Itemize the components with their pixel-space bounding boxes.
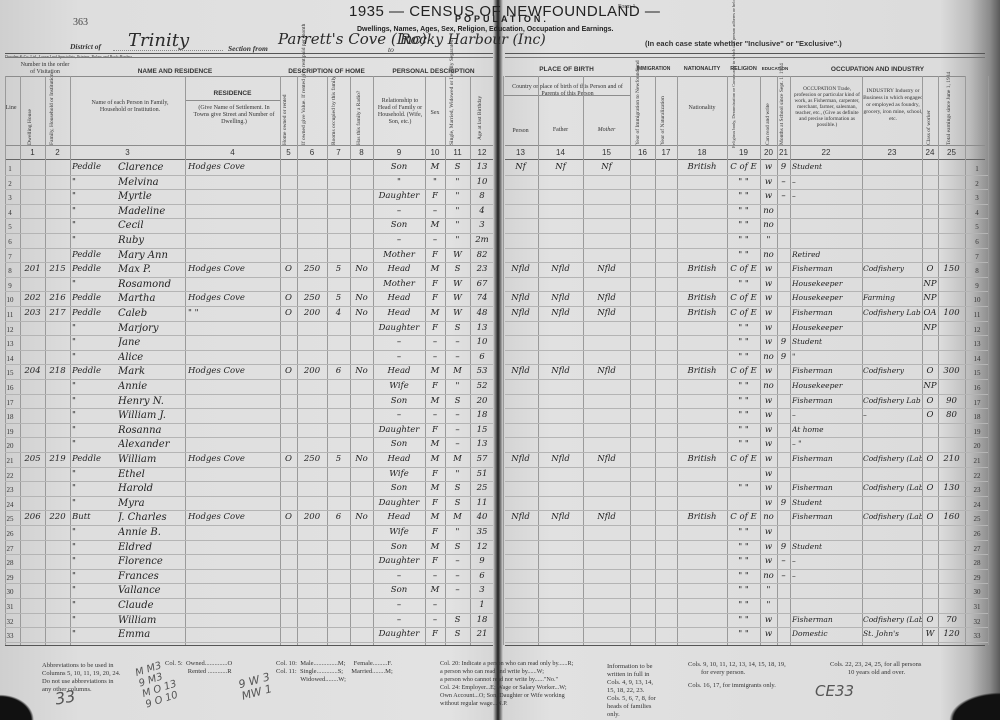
relationship-cell: – <box>373 571 425 581</box>
surname-cell: " <box>72 585 115 595</box>
birthplace-mother-cell: Nf <box>583 162 630 172</box>
given-name-cell: Rosamond <box>118 279 185 290</box>
group-home: DESCRIPTION OF HOME <box>280 68 373 75</box>
scan-shadow <box>0 690 40 720</box>
age-cell: 20 <box>470 396 494 406</box>
given-name-cell: Alice <box>118 352 185 363</box>
col-header-12: Age at last Birthday <box>477 90 483 140</box>
given-name-cell: Henry N. <box>118 396 185 407</box>
column-number: 21 <box>777 148 790 157</box>
col-header-1: Dwelling House <box>27 90 33 145</box>
relationship-cell: Head <box>373 293 425 303</box>
footer-col20-24: Col. 20: Indicate a person who can read … <box>440 660 573 708</box>
line-number: 32 <box>966 618 988 626</box>
occupation-cell: Fisherman <box>792 483 862 492</box>
section-to-value: Rocky Harbour (Inc) <box>400 32 546 48</box>
line-number: 7 <box>966 253 988 261</box>
class-of-worker-cell: NP <box>922 279 938 289</box>
col-header-25: Total earnings since June 1, 1934 <box>946 85 952 145</box>
line-number: 11 <box>2 311 18 319</box>
age-cell: 23 <box>470 264 494 274</box>
occupation-cell: Student <box>792 498 862 507</box>
birthplace-father-cell: Nfld <box>538 454 583 464</box>
line-number: 14 <box>966 355 988 363</box>
occupation-cell: Housekeeper <box>792 279 862 288</box>
column-number: 19 <box>727 148 760 157</box>
home-value-cell: 250 <box>297 454 327 464</box>
age-cell: 13 <box>470 162 494 172</box>
grid-row-line <box>505 496 988 497</box>
earnings-cell: 300 <box>938 366 965 376</box>
marital-status-cell: " <box>445 206 470 216</box>
surname-cell: " <box>72 177 115 187</box>
column-number: 25 <box>938 148 965 157</box>
sex-cell: F <box>425 191 445 201</box>
sex-cell: F <box>425 556 445 566</box>
marital-status-cell: " <box>445 235 470 245</box>
grid-row-line <box>5 583 493 584</box>
line-number: 15 <box>966 369 988 377</box>
birthplace-father-cell: Nfld <box>538 308 583 318</box>
column-number: 12 <box>470 148 494 157</box>
home-owned-cell: O <box>280 264 297 274</box>
grid-row-line <box>5 291 493 292</box>
birthplace-father-cell: Nfld <box>538 264 583 274</box>
surname-cell: " <box>72 600 115 610</box>
sex-cell: F <box>425 381 445 391</box>
relationship-cell: Wife <box>373 469 425 479</box>
given-name-cell: Cecil <box>118 220 185 231</box>
surname-cell: " <box>72 498 115 508</box>
birthplace-person-cell: Nfld <box>503 308 538 318</box>
birthplace-mother-cell: Nfld <box>583 264 630 274</box>
given-name-cell: William <box>118 454 185 465</box>
read-write-cell: w <box>760 366 777 376</box>
surname-cell: " <box>72 571 115 581</box>
age-cell: 3 <box>470 585 494 595</box>
line-number: 21 <box>2 457 18 465</box>
line-number: 2 <box>2 180 18 188</box>
sex-cell: – <box>425 206 445 216</box>
grid-column-line <box>327 76 328 645</box>
birthplace-person-cell: Nfld <box>503 512 538 522</box>
birthplace-mother-cell: Nfld <box>583 512 630 522</box>
relationship-cell: – <box>373 337 425 347</box>
sex-cell: M <box>425 264 445 274</box>
group-visitation: Number in the order of Visitation <box>20 62 70 76</box>
religion-cell: " " <box>727 585 760 595</box>
line-number: 26 <box>966 530 988 538</box>
column-number: 18 <box>677 148 727 157</box>
line-number: 13 <box>966 340 988 348</box>
relationship-cell: Daughter <box>373 425 425 435</box>
grid-row-line <box>5 540 493 541</box>
occupation-cell: Fisherman <box>792 615 862 624</box>
line-number: 13 <box>2 340 18 348</box>
religion-cell: C of E <box>727 308 760 318</box>
sex-cell: F <box>425 629 445 639</box>
grid-row-line <box>505 627 988 628</box>
line-number: 5 <box>966 223 988 231</box>
group-name-residence: NAME AND RESIDENCE <box>70 68 280 75</box>
marital-status-cell: S <box>445 162 470 172</box>
religion-cell: " " <box>727 542 760 552</box>
grid-row-line <box>505 204 988 205</box>
relationship-cell: – <box>373 352 425 362</box>
age-cell: 25 <box>470 483 494 493</box>
rule <box>5 57 493 58</box>
line-number: 24 <box>966 501 988 509</box>
col-header-18: Nationality <box>677 105 727 112</box>
given-name-cell: Annie B. <box>118 527 185 538</box>
earnings-cell: 120 <box>938 629 965 639</box>
marital-status-cell: S <box>445 264 470 274</box>
industry-cell: Codfishery <box>863 264 922 273</box>
marital-status-cell: W <box>445 279 470 289</box>
industry-cell: – <box>863 410 922 419</box>
industry-cell: Codfishery (Lab) <box>863 615 922 624</box>
inclusive-note: (In each case state whether "Inclusive" … <box>645 39 842 48</box>
birthplace-person-cell: Nfld <box>503 366 538 376</box>
age-cell: 4 <box>470 206 494 216</box>
occupation-cell: Housekeeper <box>792 381 862 390</box>
marital-status-cell: – <box>445 337 470 347</box>
surname-cell: " <box>72 615 115 625</box>
age-cell: 18 <box>470 615 494 625</box>
relationship-cell: Daughter <box>373 556 425 566</box>
relationship-cell: Head <box>373 366 425 376</box>
class-of-worker-cell: O <box>922 483 938 493</box>
given-name-cell: Clarence <box>118 162 185 173</box>
surname-cell: " <box>72 483 115 493</box>
read-write-cell: w <box>760 527 777 537</box>
grid-column-line <box>790 76 791 645</box>
group-residence: RESIDENCE <box>185 90 280 97</box>
religion-cell: " " <box>727 337 760 347</box>
surname-cell: Peddle <box>72 162 115 172</box>
age-cell: 74 <box>470 293 494 303</box>
grid-column-line <box>185 76 186 645</box>
occupation-cell: Student <box>792 337 862 346</box>
religion-cell: " " <box>727 352 760 362</box>
marital-status-cell: W <box>445 250 470 260</box>
family-number-cell: 219 <box>45 454 70 464</box>
marital-status-cell: – <box>445 556 470 566</box>
surname-cell: Peddle <box>72 293 115 303</box>
rooms-cell: 6 <box>327 512 350 522</box>
marital-status-cell: S <box>445 483 470 493</box>
relationship-cell: Son <box>373 439 425 449</box>
age-cell: 21 <box>470 629 494 639</box>
grid-column-line <box>494 76 495 645</box>
line-number: 5 <box>2 223 18 231</box>
earnings-cell: 130 <box>938 483 965 493</box>
line-number: 16 <box>2 384 18 392</box>
line-number: 31 <box>966 603 988 611</box>
home-owned-cell: O <box>280 512 297 522</box>
nationality-cell: British <box>677 308 727 318</box>
class-of-worker-cell: W <box>922 629 938 639</box>
grid-row-line <box>5 408 493 409</box>
column-number: 23 <box>862 148 922 157</box>
age-cell: 3 <box>470 220 494 230</box>
col-header-15: Mother <box>583 127 630 134</box>
rule <box>505 57 985 58</box>
surname-cell: Butt <box>72 512 115 522</box>
surname-cell: " <box>72 527 115 537</box>
read-write-cell: no <box>760 571 777 581</box>
line-number: 30 <box>2 588 18 596</box>
religion-cell: " " <box>727 323 760 333</box>
religion-cell: " " <box>727 396 760 406</box>
surname-cell: " <box>72 191 115 201</box>
marital-status-cell: S <box>445 396 470 406</box>
birthplace-person-cell: Nfld <box>503 264 538 274</box>
sex-cell: M <box>425 585 445 595</box>
col-header-24: Class of worker <box>926 90 932 145</box>
column-number: 9 <box>373 148 425 157</box>
religion-cell: C of E <box>727 512 760 522</box>
sex-cell: F <box>425 498 445 508</box>
given-name-cell: Madeline <box>118 206 185 217</box>
grid-row-line <box>505 394 988 395</box>
religion-cell: " " <box>727 250 760 260</box>
months-school-cell: 9 <box>777 498 790 508</box>
grid-row-line <box>5 379 493 380</box>
marital-status-cell: S <box>445 629 470 639</box>
read-write-cell: w <box>760 279 777 289</box>
birthplace-father-cell: Nf <box>538 162 583 172</box>
grid-row-line <box>505 540 988 541</box>
read-write-cell: w <box>760 162 777 172</box>
grid-row-line <box>5 218 493 219</box>
sex-cell: – <box>425 600 445 610</box>
sex-cell: " <box>425 177 445 187</box>
given-name-cell: Harold <box>118 483 185 494</box>
read-write-cell: w <box>760 337 777 347</box>
dwelling-number-cell: 202 <box>20 293 45 303</box>
age-cell: 15 <box>470 425 494 435</box>
grid-row-line <box>5 613 493 614</box>
class-of-worker-cell: O <box>922 410 938 420</box>
given-name-cell: Myra <box>118 498 185 509</box>
age-cell: 11 <box>470 498 494 508</box>
relationship-cell: Mother <box>373 279 425 289</box>
footer-cols-10yr: Cols. 22, 23, 24, 25, for all persons 10… <box>830 661 921 677</box>
given-name-cell: Florence <box>118 556 185 567</box>
column-number: 11 <box>445 148 470 157</box>
given-name-cell: Annie <box>118 381 185 392</box>
grid-row-line <box>5 510 493 511</box>
footer-col10-11: Col. 10: Male...............M; Female...… <box>276 660 393 684</box>
column-number: 7 <box>327 148 350 157</box>
class-of-worker-cell: NP <box>922 323 938 333</box>
relationship-cell: – <box>373 410 425 420</box>
read-write-cell: w <box>760 615 777 625</box>
surname-cell: Peddle <box>72 250 115 260</box>
birthplace-person-cell: Nf <box>503 162 538 172</box>
occupation-cell: Student <box>792 542 862 551</box>
line-number: 30 <box>966 588 988 596</box>
col-header-17: Year of Naturalization <box>660 85 666 145</box>
religion-cell: C of E <box>727 162 760 172</box>
line-number: 33 <box>966 632 988 640</box>
age-cell: 18 <box>470 410 494 420</box>
group-occupation-industry: OCCUPATION AND INDUSTRY <box>790 66 965 73</box>
read-write-cell: no <box>760 250 777 260</box>
line-number: 6 <box>2 238 18 246</box>
column-number: 6 <box>297 148 327 157</box>
line-number: 10 <box>2 296 18 304</box>
occupation-cell: Fisherman <box>792 366 862 375</box>
grid-row-line <box>5 452 493 453</box>
rooms-cell: 5 <box>327 454 350 464</box>
grid-row-line <box>505 467 988 468</box>
grid-row-line <box>505 510 988 511</box>
line-number: 22 <box>966 472 988 480</box>
family-number-cell: 216 <box>45 293 70 303</box>
religion-cell: C of E <box>727 293 760 303</box>
class-of-worker-cell: O <box>922 454 938 464</box>
occupation-cell: Fisherman <box>792 396 862 405</box>
surname-cell: " <box>72 469 115 479</box>
religion-cell: " " <box>727 220 760 230</box>
line-number: 4 <box>2 209 18 217</box>
religion-cell: " " <box>727 235 760 245</box>
read-write-cell: " <box>760 235 777 245</box>
occupation-cell: " <box>792 352 862 361</box>
grid-row-line <box>5 525 493 526</box>
dwelling-number-cell: 203 <box>20 308 45 318</box>
surname-cell: " <box>72 396 115 406</box>
line-number: 11 <box>966 311 988 319</box>
religion-cell: " " <box>727 381 760 391</box>
read-write-cell: w <box>760 542 777 552</box>
religion-cell: " " <box>727 483 760 493</box>
read-write-cell: w <box>760 629 777 639</box>
sex-cell: – <box>425 410 445 420</box>
nationality-cell: British <box>677 366 727 376</box>
surname-cell: " <box>72 235 115 245</box>
grid-row-line <box>505 481 988 482</box>
pencil-annotation-ce33: CE33 <box>815 682 854 700</box>
given-name-cell: Max P. <box>118 264 185 275</box>
column-number: 10 <box>425 148 445 157</box>
grid-row-line <box>5 496 493 497</box>
grid-row-line <box>505 262 988 263</box>
occupation-cell: At home <box>792 425 862 434</box>
read-write-cell: no <box>760 220 777 230</box>
relationship-cell: Wife <box>373 381 425 391</box>
grid-column-line <box>45 76 46 645</box>
religion-cell: " " <box>727 206 760 216</box>
relationship-cell: Son <box>373 396 425 406</box>
age-cell: 57 <box>470 454 494 464</box>
dwelling-number-cell: 206 <box>20 512 45 522</box>
grid-column-line <box>70 76 71 645</box>
line-number: 15 <box>2 369 18 377</box>
sex-cell: M <box>425 366 445 376</box>
column-number: 13 <box>503 148 538 157</box>
read-write-cell: w <box>760 308 777 318</box>
home-value-cell: 250 <box>297 264 327 274</box>
relationship-cell: Son <box>373 220 425 230</box>
column-number: 14 <box>538 148 583 157</box>
grid-row-line <box>505 379 988 380</box>
surname-cell: " <box>72 337 115 347</box>
col-header-19: Religious body, Denomination or Communit… <box>731 83 736 148</box>
dwelling-number-cell: 204 <box>20 366 45 376</box>
sex-cell: F <box>425 293 445 303</box>
home-value-cell: 200 <box>297 308 327 318</box>
residence-cell: Hodges Cove <box>188 293 280 303</box>
earnings-cell: 100 <box>938 308 965 318</box>
months-school-cell: 9 <box>777 337 790 347</box>
occupation-cell: – <box>792 191 862 200</box>
surname-cell: " <box>72 556 115 566</box>
given-name-cell: Jane <box>118 337 185 348</box>
sex-cell: M <box>425 512 445 522</box>
relationship-cell: Wife <box>373 527 425 537</box>
birthplace-father-cell: Nfld <box>538 293 583 303</box>
footer-col5: Col. 5: Owned..............O Rented ....… <box>165 660 232 676</box>
given-name-cell: Melvina <box>118 177 185 188</box>
read-write-cell: w <box>760 323 777 333</box>
months-school-cell: 9 <box>777 542 790 552</box>
industry-cell: Codfishery (Lab) <box>863 512 922 521</box>
occupation-cell: Domestic <box>792 629 862 638</box>
industry-cell: Codfishery Lab <box>863 308 922 317</box>
grid-row-line <box>505 613 988 614</box>
line-number: 3 <box>966 194 988 202</box>
radio-cell: No <box>350 512 373 522</box>
marital-status-cell: " <box>445 469 470 479</box>
occupation-cell: Fisherman <box>792 512 862 521</box>
home-owned-cell: O <box>280 366 297 376</box>
sex-cell: F <box>425 279 445 289</box>
grid-row-line <box>505 569 988 570</box>
months-school-cell: 9 <box>777 162 790 172</box>
column-number: 3 <box>70 148 185 157</box>
sex-cell: M <box>425 454 445 464</box>
district-label: District of <box>70 42 101 51</box>
given-name-cell: Eldred <box>118 542 185 553</box>
family-number-cell: 215 <box>45 264 70 274</box>
residence-cell: Hodges Cove <box>188 366 280 376</box>
age-cell: 67 <box>470 279 494 289</box>
grid-column-line <box>350 76 351 645</box>
marital-status-cell: S <box>445 498 470 508</box>
relationship-cell: Mother <box>373 250 425 260</box>
surname-cell: " <box>72 439 115 449</box>
line-number: 4 <box>966 209 988 217</box>
line-number: 19 <box>2 428 18 436</box>
section-from-label: Section from <box>228 44 268 53</box>
col-header-23: INDUSTRY Industry or Business in which e… <box>863 88 923 123</box>
grid-row-line <box>5 233 493 234</box>
read-write-cell: w <box>760 293 777 303</box>
earnings-cell: 90 <box>938 396 965 406</box>
given-name-cell: Claude <box>118 600 185 611</box>
grid-row-line <box>505 408 988 409</box>
earnings-cell: 160 <box>938 512 965 522</box>
line-number: 8 <box>2 267 18 275</box>
dwelling-number-cell: 205 <box>20 454 45 464</box>
line-number: 2 <box>966 180 988 188</box>
class-of-worker-cell: O <box>922 615 938 625</box>
line-number: 1 <box>966 165 988 173</box>
grid-column-line <box>630 76 631 645</box>
